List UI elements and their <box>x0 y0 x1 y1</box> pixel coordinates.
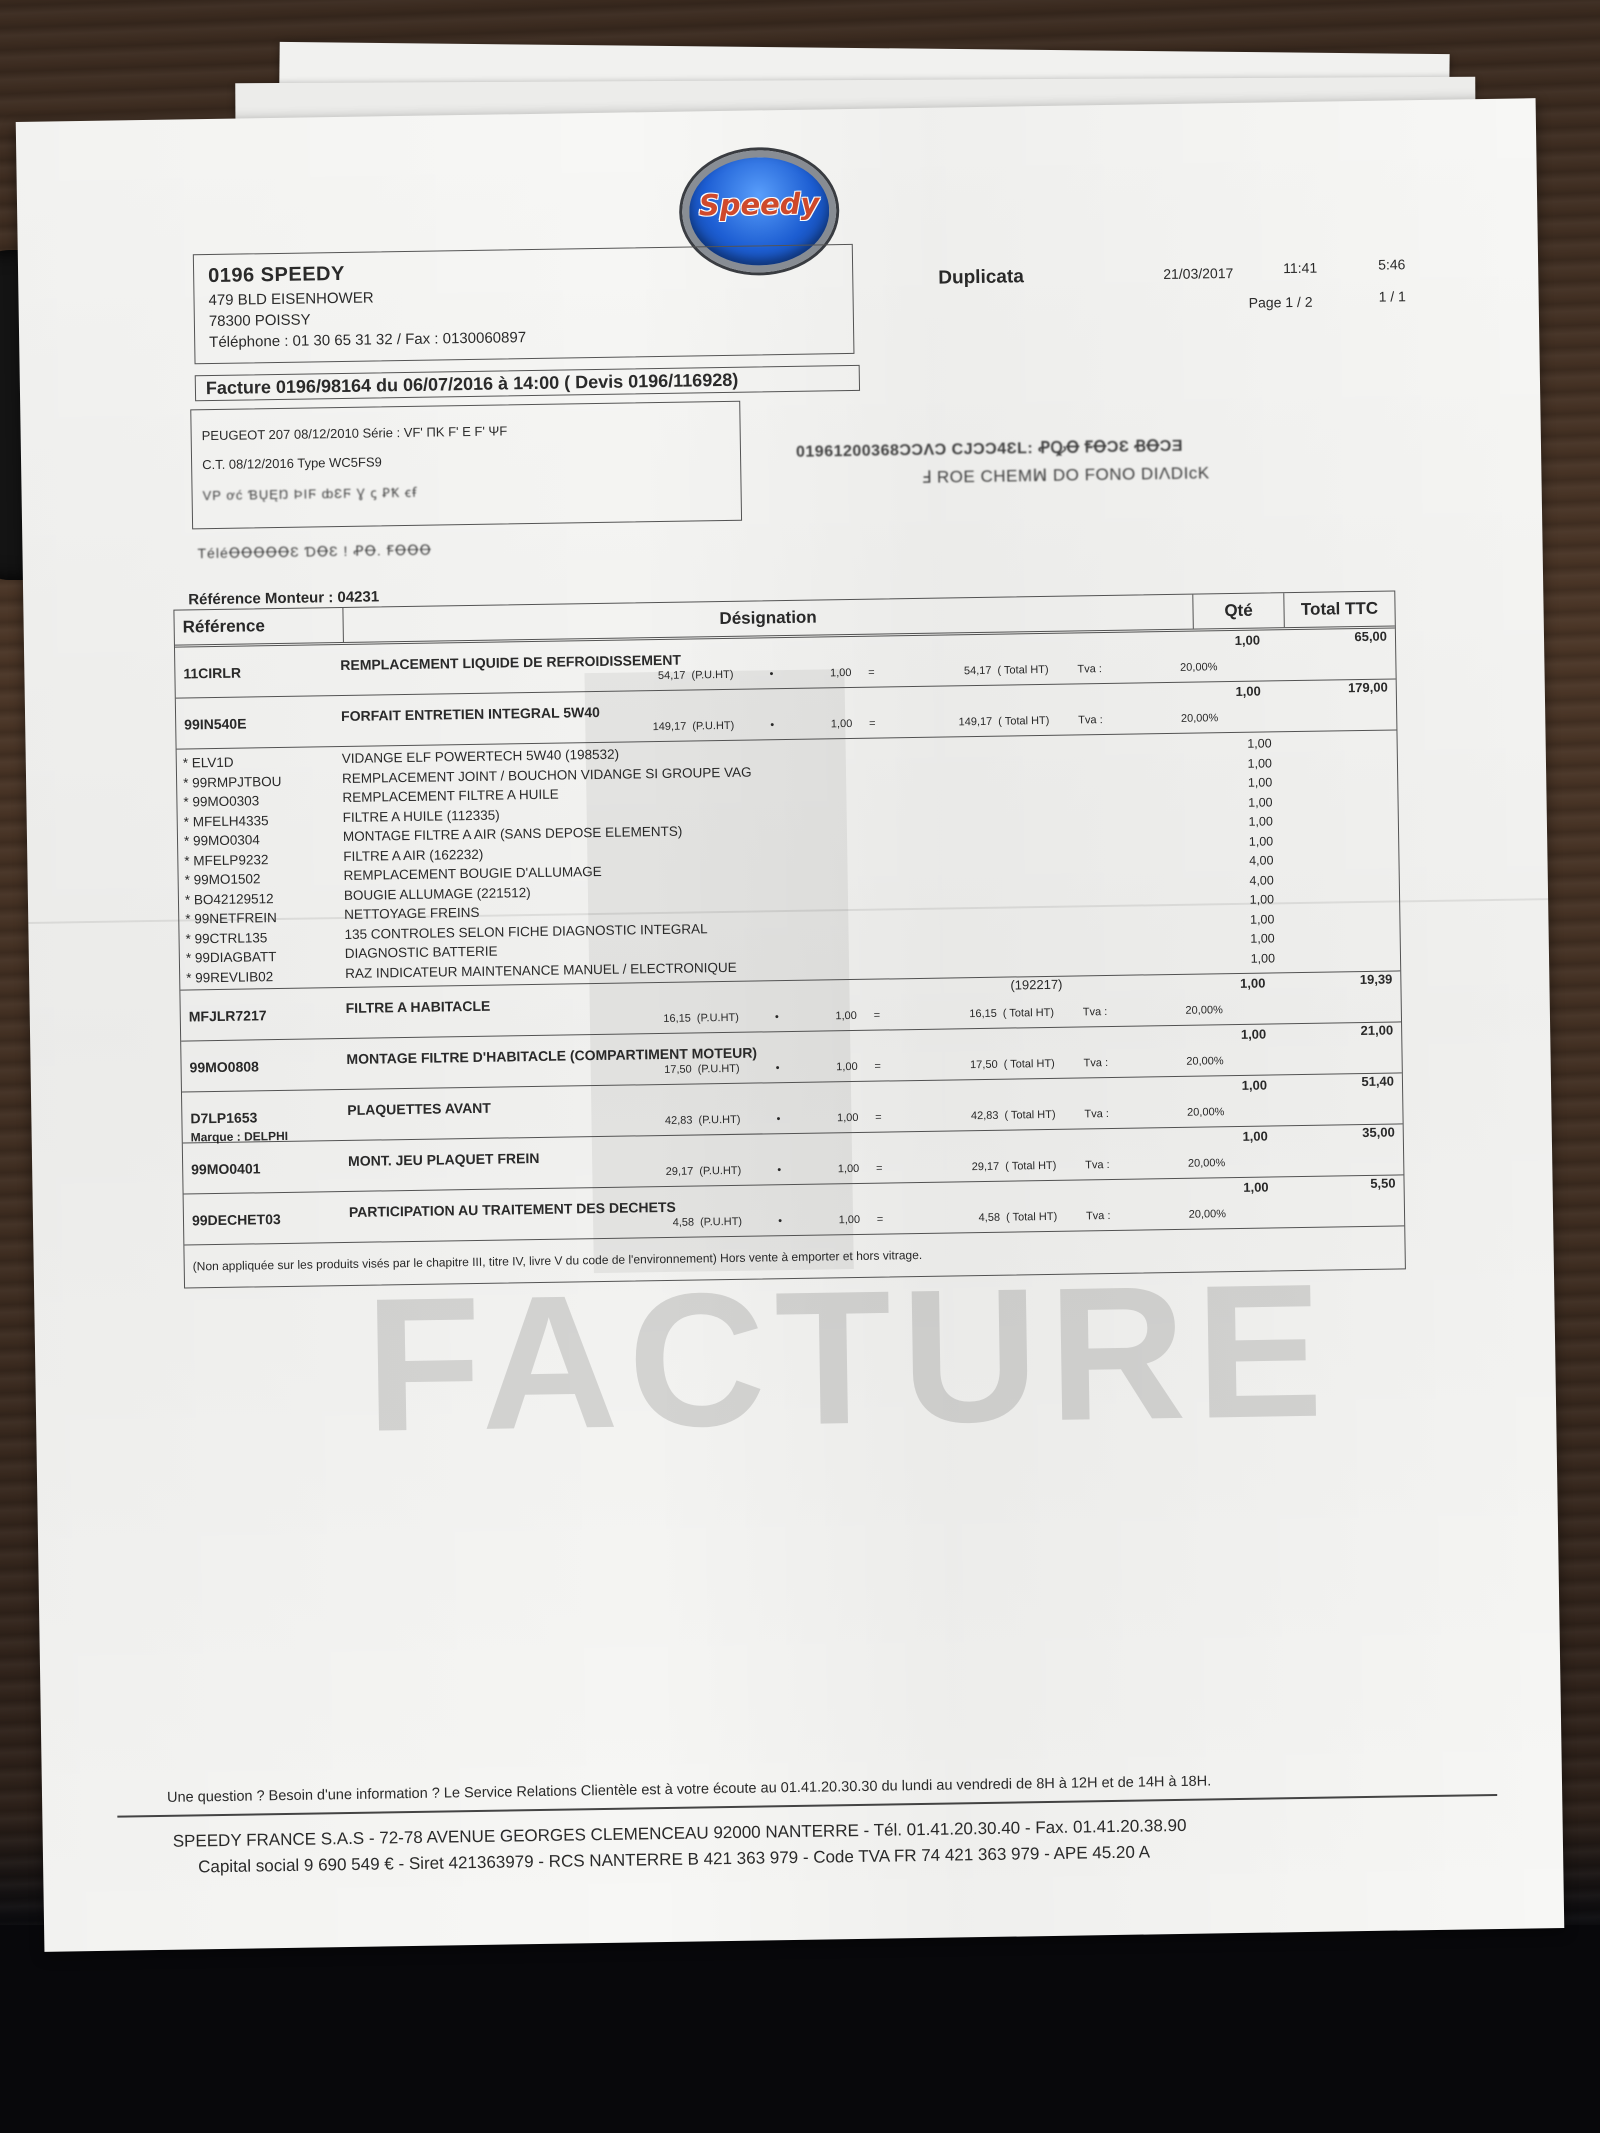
vehicle-line-2: C.T. 08/12/2016 Type WC5FS9 <box>202 449 730 472</box>
row-reference: 99MO0808 <box>189 1058 259 1075</box>
unit-price: 42,83 <box>602 1115 692 1128</box>
sub-item-reference: * 99REVLIB02 <box>186 969 273 985</box>
sub-item-ref-text: 99NETFREIN <box>194 910 277 926</box>
sub-item-ref-text: 99CTRL135 <box>194 930 267 946</box>
tva-label: Tva : <box>1083 1005 1143 1018</box>
sub-item-quantity: 1,00 <box>1247 736 1272 750</box>
unit-price: 149,17 <box>596 721 686 734</box>
sub-item-reference: * 99RMPJTBOU <box>183 773 282 790</box>
sub-item-ref-text: 99RMPJTBOU <box>192 773 282 789</box>
total-ht: 4,58 <box>900 1212 1000 1226</box>
sub-item-quantity: 1,00 <box>1248 795 1273 809</box>
sub-item-ref-text: 99DIAGBATT <box>195 949 277 965</box>
row-reference: MFJLR7217 <box>189 1007 267 1024</box>
equals-sign: = <box>852 717 892 730</box>
calc-quantity: 1,00 <box>799 1163 859 1176</box>
vehicle-line-1: PEUGEOT 207 08/12/2010 Série : VF' ΠΚ F'… <box>202 420 730 443</box>
row-calculation: 16,15(P.U.HT)•1,00=16,15( Total HT)Tva :… <box>601 1004 1223 1026</box>
unit-price: 54,17 <box>595 670 685 683</box>
sub-item-reference: * BO42129512 <box>185 891 274 907</box>
multiply-sign: • <box>757 1011 797 1024</box>
sub-item-designation: FILTRE A HUILE (112335) <box>343 807 500 824</box>
row-calculation: 42,83(P.U.HT)•1,00=42,83( Total HT)Tva :… <box>602 1106 1224 1128</box>
equals-sign: = <box>857 1009 897 1022</box>
equals-sign: = <box>860 1213 900 1226</box>
sub-item-reference: * 99MO0303 <box>183 793 259 809</box>
client-info-1: 01961200368ƆƆΛϽ CJϽƆ4ƐL: ꝒꝘꝊ ꞘꝊƆƐ ꞖꝊƆƎ <box>796 434 1183 462</box>
sub-item-reference: * 99MO0304 <box>184 832 260 848</box>
calc-quantity: 1,00 <box>798 1112 858 1125</box>
sub-item-quantity: 1,00 <box>1251 951 1276 965</box>
total-ht: 149,17 <box>892 716 992 730</box>
total-ht-label: ( Total HT) <box>997 1006 1083 1019</box>
tva-label: Tva : <box>1085 1158 1145 1171</box>
sub-item-quantity: 1,00 <box>1250 931 1275 945</box>
total-ht-label: ( Total HT) <box>998 1057 1084 1070</box>
multiply-sign: • <box>758 1062 798 1075</box>
duplicata-label: Duplicata <box>938 266 1024 289</box>
sub-item-reference: * 99DIAGBATT <box>186 949 277 965</box>
row-reference: 11CIRLR <box>183 665 241 682</box>
tva-label: Tva : <box>1077 662 1137 675</box>
col-total-ttc: Total TTC <box>1284 591 1395 627</box>
col-reference: Référence <box>174 608 344 645</box>
row-designation: FORFAIT ENTRETIEN INTEGRAL 5W40 <box>341 704 600 724</box>
sub-item-ref-text: MFELH4335 <box>193 813 269 829</box>
row-reference: D7LP1653 <box>190 1109 257 1126</box>
sub-item-reference: * 99CTRL135 <box>185 930 267 946</box>
total-ht: 42,83 <box>898 1110 998 1124</box>
sub-item-reference: * 99NETFREIN <box>185 910 277 926</box>
multiply-sign: • <box>760 1215 800 1228</box>
main-rows-2: MFJLR7217FILTRE A HABITACLE(192217)16,15… <box>180 971 1404 1245</box>
sub-item-designation: DIAGNOSTIC BATTERIE <box>345 944 498 961</box>
dark-floor <box>0 1925 1600 2133</box>
tva-rate: 20,00% <box>1143 1004 1223 1017</box>
tva-label: Tva : <box>1084 1107 1144 1120</box>
unit-price-label: (P.U.HT) <box>691 1012 757 1025</box>
unit-price-label: (P.U.HT) <box>685 669 751 682</box>
equals-sign: = <box>858 1060 898 1073</box>
client-info-2: Ⅎ ROE CHEMꟽ DO FONO DIɅDIcK <box>921 463 1210 488</box>
unit-price-label: (P.U.HT) <box>692 1114 758 1127</box>
sub-item-quantity: 1,00 <box>1248 775 1273 789</box>
row-extra: (192217) <box>1010 977 1062 993</box>
sub-item-reference: * ELV1D <box>183 755 234 771</box>
monteur-reference: Référence Monteur : 04231 <box>188 588 379 608</box>
equals-sign: = <box>851 666 891 679</box>
unit-price: 16,15 <box>601 1013 691 1026</box>
row-total-ttc: 5,50 <box>1370 1176 1396 1191</box>
tva-rate: 20,00% <box>1144 1055 1224 1068</box>
multiply-sign: • <box>751 668 791 681</box>
unit-price-label: (P.U.HT) <box>693 1165 759 1178</box>
row-quantity: 1,00 <box>1243 1180 1269 1195</box>
total-ht-label: ( Total HT) <box>998 1108 1084 1121</box>
row-quantity: 1,00 <box>1240 976 1266 991</box>
sub-item-designation: REMPLACEMENT BOUGIE D'ALLUMAGE <box>343 864 601 883</box>
row-quantity: 1,00 <box>1242 1078 1268 1093</box>
tva-rate: 20,00% <box>1146 1208 1226 1221</box>
multiply-sign: • <box>759 1164 799 1177</box>
main-rows: 11CIRLRREMPLACEMENT LIQUIDE DE REFROIDIS… <box>175 628 1396 749</box>
print-time-2: 5:46 <box>1378 256 1405 272</box>
row-calculation: 149,17(P.U.HT)•1,00=149,17( Total HT)Tva… <box>596 712 1218 734</box>
package-sub-items: * ELV1DVIDANGE ELF POWERTECH 5W40 (19853… <box>177 730 1401 990</box>
row-total-ttc: 19,39 <box>1360 972 1393 988</box>
invoice-title: Facture 0196/98164 du 06/07/2016 à 14:00… <box>195 365 860 401</box>
invoice-sheet: FACTURE Speedy 0196 SPEEDY 479 BLD EISEN… <box>16 98 1565 1952</box>
tva-label: Tva : <box>1086 1209 1146 1222</box>
row-total-ttc: 179,00 <box>1348 680 1388 696</box>
row-calculation: 54,17(P.U.HT)•1,00=54,17( Total HT)Tva :… <box>595 661 1217 683</box>
tva-rate: 20,00% <box>1138 712 1218 725</box>
row-quantity: 1,00 <box>1242 1129 1268 1144</box>
sub-item-designation: NETTOYAGE FREINS <box>344 905 480 922</box>
col-quantity: Qté <box>1193 593 1285 628</box>
tva-label: Tva : <box>1078 713 1138 726</box>
row-total-ttc: 65,00 <box>1354 629 1387 645</box>
sub-item-quantity: 4,00 <box>1249 853 1274 867</box>
unit-price: 17,50 <box>602 1064 692 1077</box>
logo-text: Speedy <box>679 186 840 223</box>
sub-item-quantity: 1,00 <box>1250 912 1275 926</box>
sub-item-quantity: 1,00 <box>1250 892 1275 906</box>
row-designation: MONT. JEU PLAQUET FREIN <box>348 1150 540 1169</box>
row-reference: 99MO0401 <box>191 1160 261 1177</box>
tva-label: Tva : <box>1084 1056 1144 1069</box>
print-time: 11:41 <box>1283 260 1317 277</box>
row-quantity: 1,00 <box>1235 633 1261 648</box>
multiply-sign: • <box>752 719 792 732</box>
page-number: Page 1 / 2 <box>1249 294 1313 311</box>
sub-item-quantity: 1,00 <box>1248 814 1273 828</box>
tva-rate: 20,00% <box>1144 1106 1224 1119</box>
sub-item-designation: REMPLACEMENT FILTRE A HUILE <box>342 787 559 805</box>
calc-quantity: 1,00 <box>791 667 851 680</box>
total-ht: 54,17 <box>891 665 991 679</box>
row-total-ttc: 51,40 <box>1361 1074 1394 1090</box>
row-total-ttc: 21,00 <box>1360 1023 1393 1039</box>
total-ht-label: ( Total HT) <box>992 714 1078 727</box>
vehicle-line-3: VP ơć ƁŲĘŊ ϷΙϜ ȸƐϜ Ɣ ꞔ ꝐꝀ ꞓꞙ <box>202 478 730 504</box>
total-ht-label: ( Total HT) <box>1000 1210 1086 1223</box>
sub-item-quantity: 4,00 <box>1249 873 1274 887</box>
unit-price: 4,58 <box>604 1217 694 1230</box>
total-ht-label: ( Total HT) <box>991 663 1077 676</box>
sub-item-ref-text: 99MO0303 <box>192 793 259 809</box>
calc-quantity: 1,00 <box>798 1061 858 1074</box>
row-quantity: 1,00 <box>1241 1027 1267 1042</box>
sub-item-quantity: 1,00 <box>1249 834 1274 848</box>
sub-item-ref-text: BO42129512 <box>194 891 274 907</box>
row-designation: PLAQUETTES AVANT <box>347 1100 491 1118</box>
total-ht-label: ( Total HT) <box>999 1159 1085 1172</box>
print-date: 21/03/2017 <box>1163 265 1233 282</box>
row-calculation: 29,17(P.U.HT)•1,00=29,17( Total HT)Tva :… <box>603 1157 1225 1179</box>
unit-price-label: (P.U.HT) <box>692 1063 758 1076</box>
sub-item-designation: FILTRE A AIR (162232) <box>343 846 483 863</box>
sub-item-ref-text: 99MO0304 <box>193 832 260 848</box>
sub-item-designation: BOUGIE ALLUMAGE (221512) <box>344 885 531 903</box>
row-reference: 99DECHET03 <box>192 1211 281 1228</box>
vehicle-box: PEUGEOT 207 08/12/2010 Série : VF' ΠΚ F'… <box>190 401 742 530</box>
unit-price: 29,17 <box>603 1166 693 1179</box>
calc-quantity: 1,00 <box>800 1214 860 1227</box>
calc-quantity: 1,00 <box>792 718 852 731</box>
row-calculation: 4,58(P.U.HT)•1,00=4,58( Total HT)Tva :20… <box>604 1208 1226 1230</box>
equals-sign: = <box>858 1111 898 1124</box>
sub-item-ref-text: MFELP9232 <box>193 852 268 868</box>
sub-item-designation: VIDANGE ELF POWERTECH 5W40 (198532) <box>342 747 620 766</box>
unit-price-label: (P.U.HT) <box>694 1215 760 1228</box>
unit-price-label: (P.U.HT) <box>686 720 752 733</box>
row-quantity: 1,00 <box>1235 684 1261 699</box>
total-ht: 16,15 <box>897 1008 997 1022</box>
row-designation: FILTRE A HABITACLE <box>346 998 491 1016</box>
tva-rate: 20,00% <box>1137 661 1217 674</box>
client-phone: TéléꝊꝊꝊꝊꝊƐ ƊꝊƐ ! ꝒꝊ. ꞘꝊꝊꝊ <box>197 541 432 564</box>
calc-quantity: 1,00 <box>797 1010 857 1023</box>
multiply-sign: • <box>758 1113 798 1126</box>
equals-sign: = <box>859 1162 899 1175</box>
sub-item-reference: * MFELH4335 <box>184 813 269 829</box>
sub-item-ref-text: 99REVLIB02 <box>195 969 273 985</box>
invoice-table: Référence Désignation Qté Total TTC 11CI… <box>173 590 1406 1288</box>
total-ht: 17,50 <box>898 1059 998 1073</box>
sub-item-reference: * MFELP9232 <box>184 852 268 868</box>
tva-rate: 20,00% <box>1145 1157 1225 1170</box>
sub-item-reference: * 99MO1502 <box>185 871 261 887</box>
page-count: 1 / 1 <box>1379 288 1406 304</box>
sub-item-ref-text: ELV1D <box>192 755 234 771</box>
sub-item-ref-text: 99MO1502 <box>194 871 261 887</box>
total-ht: 29,17 <box>899 1161 999 1175</box>
store-address-box: 0196 SPEEDY 479 BLD EISENHOWER 78300 POI… <box>193 244 855 364</box>
sub-item-quantity: 1,00 <box>1247 756 1272 770</box>
row-reference: 99IN540E <box>184 716 247 733</box>
row-total-ttc: 35,00 <box>1362 1125 1395 1141</box>
